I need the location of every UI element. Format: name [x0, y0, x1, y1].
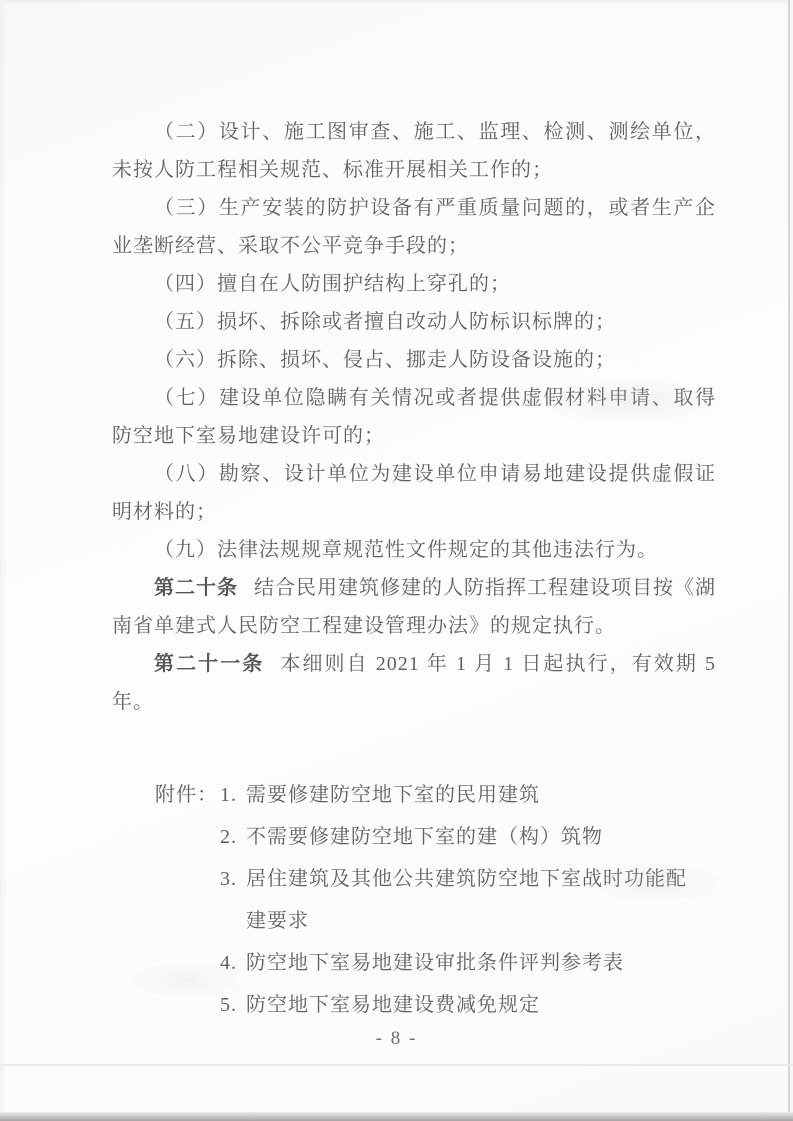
attachment-item-number: 3.	[220, 858, 246, 900]
attachment-item: 5.防空地下室易地建设费减免规定	[220, 984, 698, 1026]
attachment-item: 1.需要修建防空地下室的民用建筑	[220, 774, 698, 816]
attachment-item-number: 1.	[220, 774, 246, 816]
clause-paragraph: （三）生产安装的防护设备有严重质量问题的，或者生产企业垄断经营、采取不公平竞争手…	[112, 189, 716, 265]
clause-paragraph: （六）拆除、损坏、侵占、挪走人防设备设施的；	[112, 341, 716, 379]
clause-paragraph: （二）设计、施工图审查、施工、监理、检测、测绘单位，未按人防工程相关规范、标准开…	[112, 113, 716, 189]
attachment-item-number: 2.	[220, 816, 246, 858]
attachment-item-title: 不需要修建防空地下室的建（构）筑物	[246, 816, 696, 858]
clause-paragraph: （八）勘察、设计单位为建设单位申请易地建设提供虚假证明材料的；	[112, 455, 716, 531]
attachment-item-title: 防空地下室易地建设费减免规定	[246, 984, 696, 1026]
scan-fold-line	[0, 1064, 793, 1066]
page-edge-top	[0, 0, 793, 5]
attachments-label: 附件：	[155, 774, 218, 816]
attachment-item: 2.不需要修建防空地下室的建（构）筑物	[220, 816, 698, 858]
document-body: （二）设计、施工图审查、施工、监理、检测、测绘单位，未按人防工程相关规范、标准开…	[112, 113, 716, 721]
page-edge-bottom	[0, 1112, 793, 1121]
attachment-item-number: 5.	[220, 984, 246, 1026]
article-number: 第二十一条	[154, 653, 264, 675]
page-edge-left	[0, 0, 7, 1121]
article-number: 第二十条	[154, 577, 238, 599]
attachment-item: 3.居住建筑及其他公共建筑防空地下室战时功能配建要求	[220, 858, 698, 942]
scanned-document-page: （二）设计、施工图审查、施工、监理、检测、测绘单位，未按人防工程相关规范、标准开…	[0, 0, 793, 1121]
page-number: - 8 -	[0, 1028, 793, 1050]
attachment-item-title: 居住建筑及其他公共建筑防空地下室战时功能配建要求	[246, 858, 696, 942]
attachments-list: 1.需要修建防空地下室的民用建筑2.不需要修建防空地下室的建（构）筑物3.居住建…	[220, 774, 698, 1026]
clause-paragraph: （四）擅自在人防围护结构上穿孔的；	[112, 265, 716, 303]
attachment-item-title: 需要修建防空地下室的民用建筑	[246, 774, 696, 816]
attachment-item: 4.防空地下室易地建设审批条件评判参考表	[220, 942, 698, 984]
clause-paragraph: （五）损坏、拆除或者擅自改动人防标识标牌的；	[112, 303, 716, 341]
clause-paragraph: （七）建设单位隐瞒有关情况或者提供虚假材料申请、取得防空地下室易地建设许可的；	[112, 379, 716, 455]
article-paragraph: 第二十条结合民用建筑修建的人防指挥工程建设项目按《湖南省单建式人民防空工程建设管…	[112, 569, 716, 645]
page-edge-right	[788, 0, 790, 1121]
attachment-item-title: 防空地下室易地建设审批条件评判参考表	[246, 942, 696, 984]
attachment-item-number: 4.	[220, 942, 246, 984]
attachments-block: 附件： 1.需要修建防空地下室的民用建筑2.不需要修建防空地下室的建（构）筑物3…	[155, 774, 700, 1026]
clause-paragraph: （九）法律法规规章规范性文件规定的其他违法行为。	[112, 531, 716, 569]
article-paragraph: 第二十一条本细则自 2021 年 1 月 1 日起执行，有效期 5 年。	[112, 645, 716, 721]
